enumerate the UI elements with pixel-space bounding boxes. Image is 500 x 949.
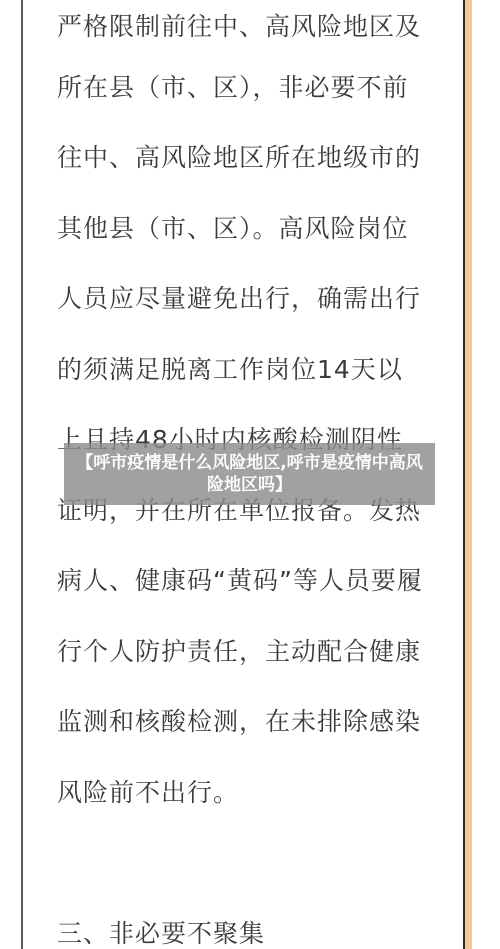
overlay-title: 【呼市疫情是什么风险地区,呼市是疫情中高风险地区吗】: [64, 452, 435, 496]
text-line: 严格限制前往中、高风险地区及: [57, 10, 421, 44]
title-overlay-banner: 【呼市疫情是什么风险地区,呼市是疫情中高风险地区吗】: [64, 443, 435, 505]
article-image-page: 严格限制前往中、高风险地区及 所在县（市、区），非必要不前 往中、高风险地区所在…: [0, 0, 500, 949]
text-line: 行个人防护责任，主动配合健康: [57, 635, 421, 669]
text-line: 人员应尽量避免出行，确需出行: [57, 282, 421, 316]
text-line: 往中、高风险地区所在地级市的: [57, 141, 421, 175]
left-border-line: [21, 0, 23, 949]
text-line: 监测和核酸检测，在未排除感染: [57, 705, 421, 739]
text-line: 的须满足脱离工作岗位14天以: [57, 353, 403, 387]
text-line: 病人、健康码“黄码”等人员要履: [57, 564, 423, 598]
text-line: 风险前不出行。: [57, 776, 239, 810]
text-line: 所在县（市、区），非必要不前: [57, 71, 409, 105]
text-line: 其他县（市、区）。高风险岗位: [57, 212, 409, 246]
section-heading: 三、非必要不聚集: [57, 917, 265, 949]
accent-strip: [465, 0, 472, 949]
